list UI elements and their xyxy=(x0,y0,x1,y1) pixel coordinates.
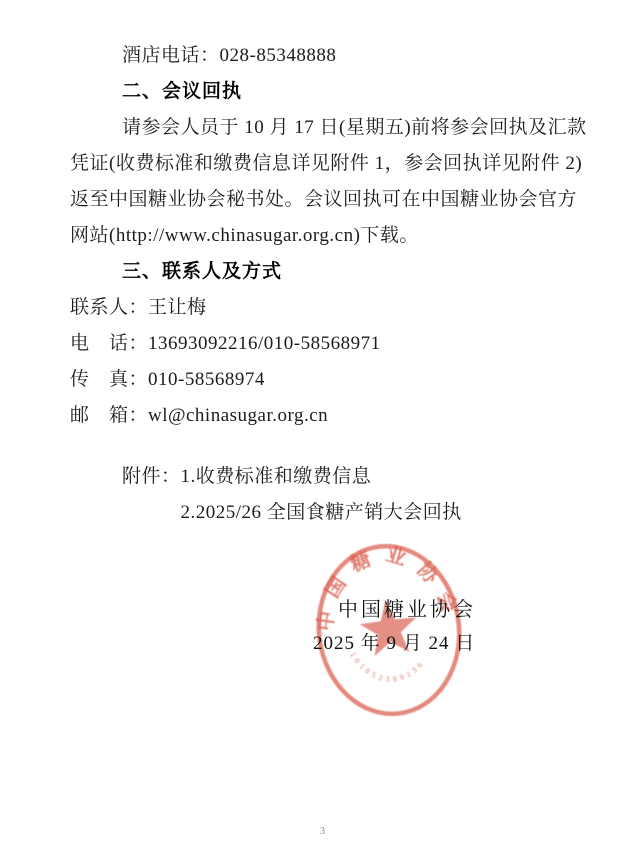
contact-list: 联系人：王让梅 电 话：13693092216/010-58568971 传 真… xyxy=(70,290,546,434)
attachments-block: 附件： 1.收费标准和缴费信息 2.2025/26 全国食糖产销大会回执 xyxy=(122,459,546,531)
contact-person-line: 联系人：王让梅 xyxy=(70,290,546,326)
paragraph-line: 凭证(收费标准和缴费信息详见附件 1，参会回执详见附件 2) xyxy=(70,146,546,182)
signature-org: 中国糖业协会 xyxy=(338,592,476,628)
section-3-heading: 三、联系人及方式 xyxy=(122,254,546,290)
attachments-label: 附件： xyxy=(122,459,181,531)
contact-fax-line: 传 真：010-58568974 xyxy=(70,362,546,398)
attachments-items: 1.收费标准和缴费信息 2.2025/26 全国食糖产销大会回执 xyxy=(181,459,462,531)
paragraph-line: 请参会人员于 10 月 17 日(星期五)前将参会回执及汇款 xyxy=(122,110,546,146)
page-number: 3 xyxy=(320,814,326,850)
attachment-item: 1.收费标准和缴费信息 xyxy=(181,459,462,495)
document-page: 酒店电话：028-85348888 二、会议回执 请参会人员于 10 月 17 … xyxy=(0,0,622,855)
paragraph-line: 返至中国糖业协会秘书处。会议回执可在中国糖业协会官方 xyxy=(70,182,546,218)
section-2-paragraph: 请参会人员于 10 月 17 日(星期五)前将参会回执及汇款 凭证(收费标准和缴… xyxy=(70,110,546,254)
paragraph-line: 网站(http://www.chinasugar.org.cn)下载。 xyxy=(70,218,546,254)
section-2-heading: 二、会议回执 xyxy=(122,74,546,110)
hotel-phone-line: 酒店电话：028-85348888 xyxy=(122,38,546,74)
contact-email-line: 邮 箱：wl@chinasugar.org.cn xyxy=(70,398,546,434)
signature-date: 2025 年 9 月 24 日 xyxy=(313,626,475,662)
contact-phone-line: 电 话：13693092216/010-58568971 xyxy=(70,326,546,362)
